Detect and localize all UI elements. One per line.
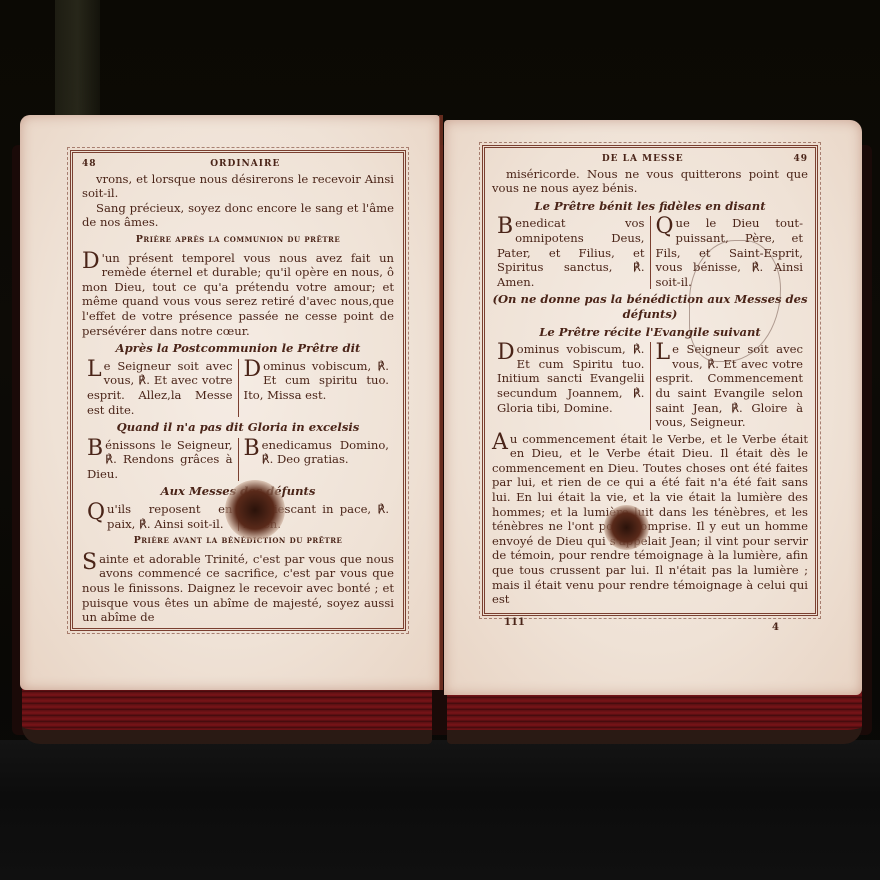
latin-or-french-column-text: u'ils reposent en paix, ℟. Ainsi soit-il… xyxy=(107,502,232,531)
latin-or-french-column: Benedicat vos omnipotens Deus, Pater, et… xyxy=(492,216,650,289)
paragraph: Sainte et adorable Trinité, c'est par vo… xyxy=(82,552,394,625)
paragraph: miséricorde. Nous ne vous quitterons poi… xyxy=(492,167,808,196)
paragraph: Sang précieux, soyez donc encore le sang… xyxy=(82,201,394,230)
latin-or-french-column-text: énissons le Seigneur, ℟. Rendons grâces … xyxy=(87,438,233,481)
latin-or-french-column-text: enedicat vos omnipotens Deus, Pater, et … xyxy=(497,216,645,288)
paragraph-text: vrons, et lorsque nous désirerons le rec… xyxy=(82,172,394,201)
latin-or-french-column: Qu'ils reposent en paix, ℟. Ainsi soit-i… xyxy=(82,502,238,531)
paragraph: vrons, et lorsque nous désirerons le rec… xyxy=(82,172,394,201)
latin-or-french-column: Dominus vobiscum, ℟. Et cum Spiritu tuo.… xyxy=(492,342,650,430)
page-damage-stain xyxy=(604,505,649,550)
left-page-blocks: vrons, et lorsque nous désirerons le rec… xyxy=(82,172,394,625)
parallel-columns: Bénissons le Seigneur, ℟. Rendons grâces… xyxy=(82,438,394,482)
drop-cap: L xyxy=(656,342,671,364)
page-damage-hole xyxy=(225,480,285,540)
running-title: DE LA MESSE xyxy=(602,152,684,167)
page-number: 48 xyxy=(82,157,97,172)
drop-cap: L xyxy=(87,359,102,381)
left-page: 48 ORDINAIRE vrons, et lorsque nous dési… xyxy=(20,115,440,690)
left-page-text: 48 ORDINAIRE vrons, et lorsque nous dési… xyxy=(82,157,394,625)
drop-cap: Q xyxy=(87,502,105,524)
drop-cap: D xyxy=(244,359,262,381)
right-page: DE LA MESSE 49 miséricorde. Nous ne vous… xyxy=(444,120,862,695)
signature-number: 111 xyxy=(504,617,525,628)
right-page-blocks: miséricorde. Nous ne vous quitterons poi… xyxy=(492,167,808,607)
parallel-column-text: ominus vobiscum, ℟. Et cum spiritu tuo. … xyxy=(244,359,390,402)
running-head: DE LA MESSE 49 xyxy=(492,152,808,167)
paragraph-text: Sang précieux, soyez donc encore le sang… xyxy=(82,201,394,230)
drop-cap: A xyxy=(492,432,508,454)
latin-or-french-column: Bénissons le Seigneur, ℟. Rendons grâces… xyxy=(82,438,238,482)
rubric: Après la Postcommunion le Prêtre dit xyxy=(82,341,394,356)
rubric: Quand il n'a pas dit Gloria in excelsis xyxy=(82,420,394,435)
paragraph-text: miséricorde. Nous ne vous quitterons poi… xyxy=(492,167,808,196)
book-gutter xyxy=(439,115,443,690)
section-heading: Prière après la communion du prêtre xyxy=(82,233,394,248)
paragraph: Au commencement était le Verbe, et le Ve… xyxy=(492,432,808,607)
drop-cap: S xyxy=(82,552,97,574)
latin-or-french-column-text: ominus vobiscum, ℟. Et cum Spiritu tuo. … xyxy=(497,342,645,414)
page-number: 49 xyxy=(793,152,808,167)
parallel-column: Benedicamus Domino, ℟. Deo gratias. xyxy=(238,438,395,482)
running-title: ORDINAIRE xyxy=(210,157,280,172)
drop-cap: B xyxy=(244,438,260,460)
drop-cap: B xyxy=(497,216,513,238)
drop-cap: Q xyxy=(656,216,674,238)
open-book: 48 ORDINAIRE vrons, et lorsque nous dési… xyxy=(12,115,872,735)
gathering-number: 4 xyxy=(772,622,779,633)
section-heading: Prière avant la bénédiction du prêtre xyxy=(82,534,394,549)
parallel-column: Dominus vobiscum, ℟. Et cum spiritu tuo.… xyxy=(238,359,395,417)
table-surface xyxy=(0,740,880,880)
paragraph-text: ainte et adorable Trinité, c'est par vou… xyxy=(82,552,394,624)
latin-or-french-column: Le Seigneur soit avec vous, ℟. Et avec v… xyxy=(82,359,238,417)
drop-cap: D xyxy=(82,251,100,273)
paragraph: D'un présent temporel vous nous avez fai… xyxy=(82,251,394,339)
paragraph-text: u commencement était le Verbe, et le Ver… xyxy=(492,432,808,607)
drop-cap: B xyxy=(87,438,103,460)
drop-cap: D xyxy=(497,342,515,364)
parallel-column-text: enedicamus Domino, ℟. Deo gratias. xyxy=(262,438,389,467)
rubric: Le Prêtre bénit les fidèles en disant xyxy=(492,199,808,214)
parallel-columns: Dominus vobiscum, ℟. Et cum Spiritu tuo.… xyxy=(492,342,808,430)
paragraph-text: 'un présent temporel vous nous avez fait… xyxy=(82,251,394,338)
running-head: 48 ORDINAIRE xyxy=(82,157,394,172)
parallel-columns: Le Seigneur soit avec vous, ℟. Et avec v… xyxy=(82,359,394,417)
right-page-text: DE LA MESSE 49 miséricorde. Nous ne vous… xyxy=(492,152,808,607)
latin-or-french-column-text: e Seigneur soit avec vous, ℟. Et avec vo… xyxy=(87,359,233,417)
